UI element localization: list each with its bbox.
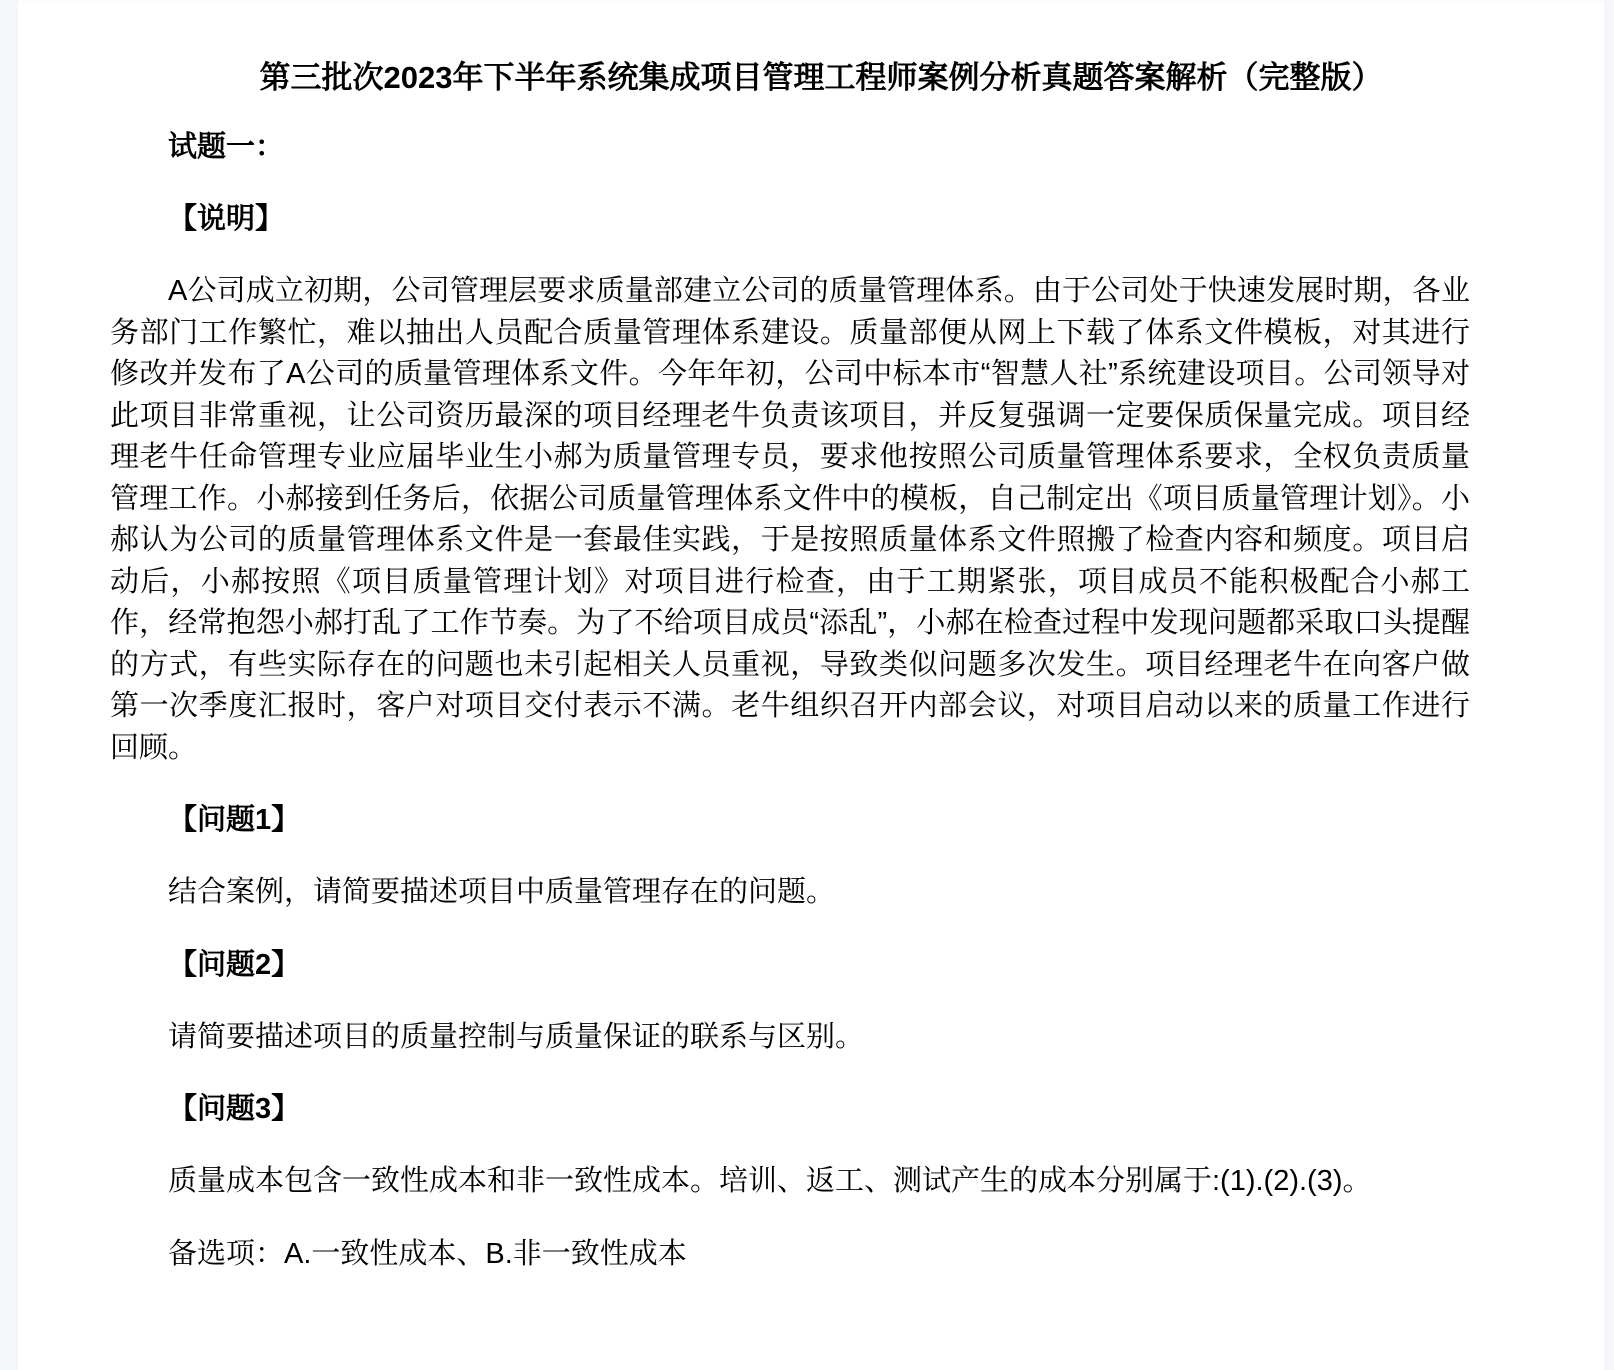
- question-3-text: 质量成本包含一致性成本和非一致性成本。培训、返工、测试产生的成本分别属于:(1)…: [110, 1161, 1470, 1203]
- page-title: 第三批次2023年下半年系统集成项目管理工程师案例分析真题答案解析（完整版）: [110, 56, 1470, 100]
- question-2-heading: 【问题2】: [110, 945, 1470, 986]
- exam-item-label: 试题一：: [110, 127, 1470, 168]
- document-content: 第三批次2023年下半年系统集成项目管理工程师案例分析真题答案解析（完整版） 试…: [18, 3, 1604, 1346]
- question-3-heading: 【问题3】: [110, 1089, 1470, 1130]
- question-1-heading: 【问题1】: [110, 800, 1470, 841]
- description-heading: 【说明】: [110, 199, 1470, 240]
- document-viewer-background: 第三批次2023年下半年系统集成项目管理工程师案例分析真题答案解析（完整版） 试…: [0, 0, 1614, 1370]
- question-2-text: 请简要描述项目的质量控制与质量保证的联系与区别。: [110, 1017, 1470, 1059]
- document-page: 第三批次2023年下半年系统集成项目管理工程师案例分析真题答案解析（完整版） 试…: [18, 0, 1604, 1370]
- question-3-options: 备选项：A.一致性成本、B.非一致性成本: [110, 1234, 1470, 1276]
- question-1-text: 结合案例，请简要描述项目中质量管理存在的问题。: [110, 872, 1470, 914]
- case-description-paragraph: A公司成立初期，公司管理层要求质量部建立公司的质量管理体系。由于公司处于快速发展…: [110, 271, 1470, 769]
